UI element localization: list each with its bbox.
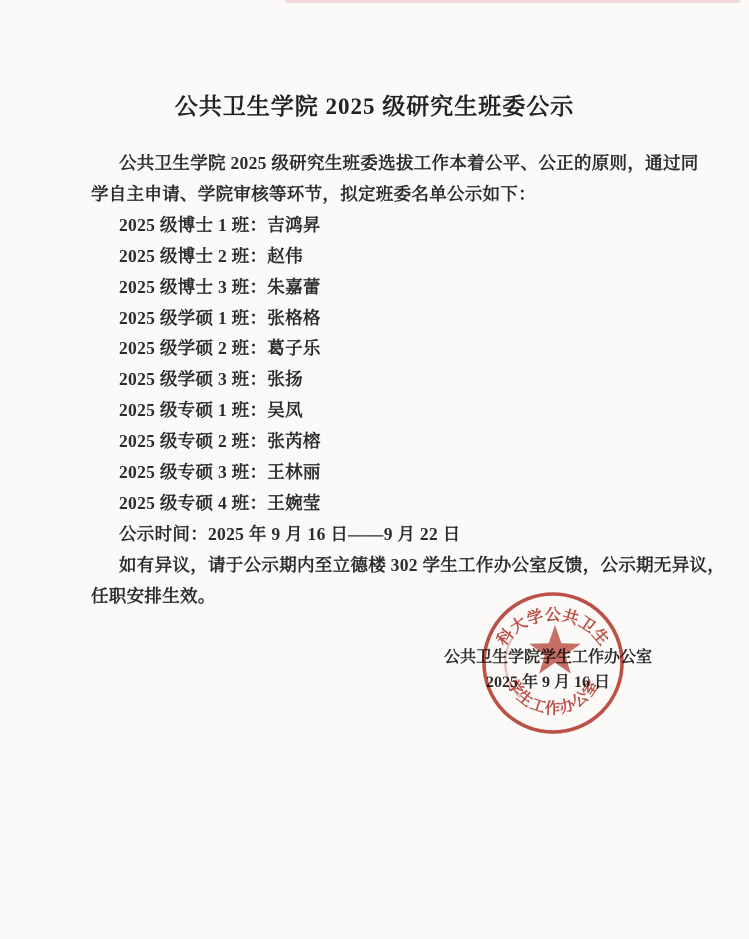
notice-period: 公示时间：2025 年 9 月 16 日——9 月 22 日 bbox=[91, 519, 691, 550]
roster-row: 2025 级学硕 3 班：张扬 bbox=[91, 364, 691, 395]
intro-line: 学自主申请、学院审核等环节，拟定班委名单公示如下： bbox=[91, 179, 691, 210]
roster-row: 2025 级专硕 2 班：张芮榕 bbox=[91, 426, 691, 457]
roster-row: 2025 级博士 1 班：吉鸿昇 bbox=[91, 210, 691, 241]
signature-block: 公共卫生学院学生工作办公室 2025 年 9 月 16 日 bbox=[440, 645, 656, 695]
scan-edge-artifact bbox=[285, 0, 740, 3]
objection-line: 如有异议，请于公示期内至立德楼 302 学生工作办公室反馈，公示期无异议， bbox=[91, 550, 691, 581]
roster-row: 2025 级专硕 1 班：吴凤 bbox=[91, 395, 691, 426]
roster-row: 2025 级博士 3 班：朱嘉蕾 bbox=[91, 272, 691, 303]
document-title: 公共卫生学院 2025 级研究生班委公示 bbox=[0, 88, 749, 121]
roster-row: 2025 级专硕 3 班：王林丽 bbox=[91, 457, 691, 488]
roster-row: 2025 级学硕 2 班：葛子乐 bbox=[91, 333, 691, 364]
objection-line: 任职安排生效。 bbox=[91, 581, 691, 612]
document-body: 公共卫生学院 2025 级研究生班委选拔工作本着公平、公正的原则，通过同 学自主… bbox=[91, 148, 691, 612]
roster-row: 2025 级学硕 1 班：张格格 bbox=[91, 303, 691, 334]
intro-line: 公共卫生学院 2025 级研究生班委选拔工作本着公平、公正的原则，通过同 bbox=[91, 148, 691, 179]
roster-row: 2025 级博士 2 班：赵伟 bbox=[91, 241, 691, 272]
announcement-document: 公共卫生学院 2025 级研究生班委公示 公共卫生学院 2025 级研究生班委选… bbox=[0, 0, 749, 939]
signature-office: 公共卫生学院学生工作办公室 bbox=[440, 645, 656, 670]
seal-top-text: 科大学公共卫生 bbox=[493, 606, 613, 650]
signature-date: 2025 年 9 月 16 日 bbox=[440, 670, 656, 695]
roster-row: 2025 级专硕 4 班：王婉莹 bbox=[91, 488, 691, 519]
